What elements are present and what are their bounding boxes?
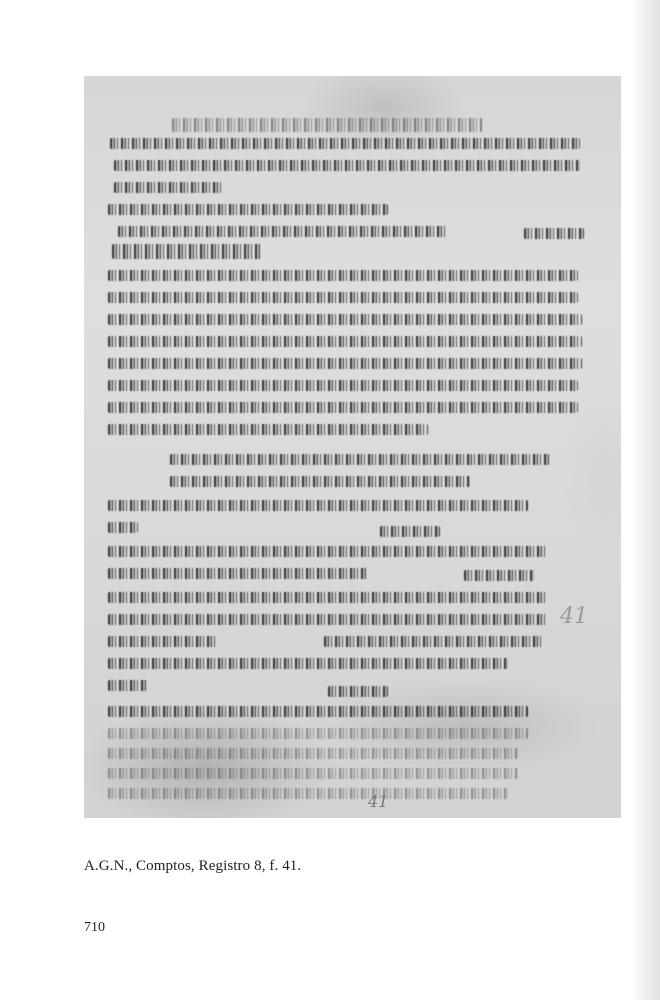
manuscript-line	[108, 658, 508, 669]
page-number: 710	[84, 920, 105, 936]
manuscript-line	[108, 680, 148, 691]
manuscript-line	[108, 380, 578, 391]
manuscript-line	[108, 748, 518, 759]
manuscript-line	[108, 292, 578, 303]
manuscript-line	[328, 686, 388, 697]
manuscript-line	[170, 476, 470, 487]
manuscript-line	[108, 728, 528, 739]
marginal-folio-number: 41	[560, 604, 588, 629]
manuscript-line	[524, 228, 584, 239]
bottom-folio-number: 41	[368, 792, 388, 811]
manuscript-line	[464, 570, 534, 581]
manuscript-line	[108, 204, 388, 215]
manuscript-line	[108, 500, 528, 511]
manuscript-line	[380, 526, 440, 537]
manuscript-line	[108, 358, 582, 369]
manuscript-line	[324, 636, 544, 647]
manuscript-line	[108, 568, 368, 579]
manuscript-line	[108, 614, 548, 625]
manuscript-line	[110, 138, 580, 149]
manuscript-line	[108, 546, 548, 557]
manuscript-line	[118, 226, 448, 237]
manuscript-line	[108, 402, 578, 413]
manuscript-line	[108, 424, 428, 435]
figure-caption: A.G.N., Comptos, Registro 8, f. 41.	[84, 858, 301, 875]
manuscript-line	[108, 270, 578, 281]
manuscript-line	[108, 788, 508, 799]
manuscript-line	[114, 182, 224, 193]
manuscript-subheading-line	[112, 244, 262, 259]
manuscript-line	[170, 454, 550, 465]
book-spine-shadow	[630, 0, 660, 1000]
manuscript-heading-line	[172, 118, 482, 132]
manuscript-scan-image: 41 41	[84, 76, 621, 818]
manuscript-line	[108, 592, 548, 603]
manuscript-line	[108, 522, 138, 533]
manuscript-line	[108, 336, 582, 347]
manuscript-line	[108, 314, 582, 325]
manuscript-line	[108, 636, 218, 647]
manuscript-line	[108, 768, 518, 779]
manuscript-line	[108, 706, 528, 717]
manuscript-line	[114, 160, 580, 171]
